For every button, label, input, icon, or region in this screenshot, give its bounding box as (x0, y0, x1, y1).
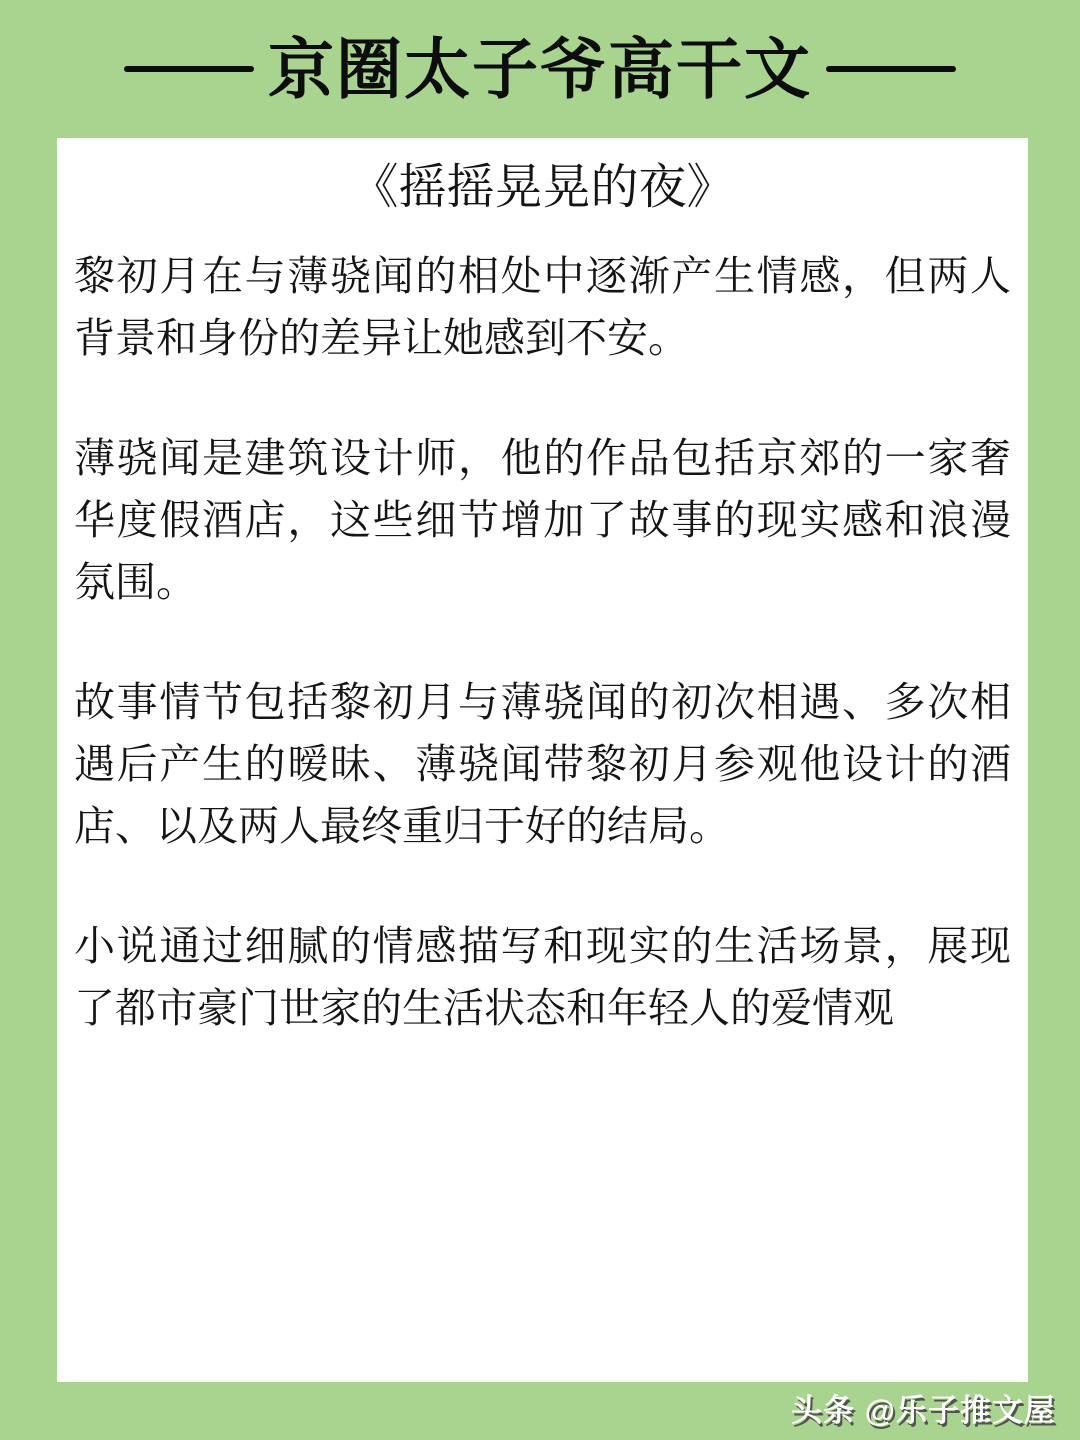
top-banner: 京圈太子爷高干文 (0, 0, 1080, 138)
watermark: 头条 @乐子推文屋 (791, 1385, 1056, 1430)
card-inner: 《摇摇晃晃的夜》 黎初月在与薄骁闻的相处中逐渐产生情感，但两人背景和身份的差异让… (57, 138, 1028, 1039)
synopsis-paragraph-3: 故事情节包括黎初月与薄骁闻的初次相遇、多次相遇后产生的暧昧、薄骁闻带黎初月参观他… (74, 671, 1011, 857)
page-background: { "page": { "background_color": "#a8d48f… (0, 0, 1080, 1440)
synopsis: 黎初月在与薄骁闻的相处中逐渐产生情感，但两人背景和身份的差异让她感到不安。 薄骁… (74, 245, 1011, 1039)
banner-dash-left (124, 66, 254, 72)
banner-title: 京圈太子爷高干文 (268, 36, 812, 102)
synopsis-paragraph-2: 薄骁闻是建筑设计师，他的作品包括京郊的一家奢华度假酒店，这些细节增加了故事的现实… (74, 427, 1011, 613)
banner-inner: 京圈太子爷高干文 (124, 36, 956, 102)
synopsis-paragraph-4: 小说通过细腻的情感描写和现实的生活场景，展现了都市豪门世家的生活状态和年轻人的爱… (74, 915, 1011, 1039)
banner-dash-right (826, 66, 956, 72)
book-title: 《摇摇晃晃的夜》 (74, 160, 1011, 215)
synopsis-paragraph-1: 黎初月在与薄骁闻的相处中逐渐产生情感，但两人背景和身份的差异让她感到不安。 (74, 245, 1011, 369)
content-card: 《摇摇晃晃的夜》 黎初月在与薄骁闻的相处中逐渐产生情感，但两人背景和身份的差异让… (57, 138, 1028, 1382)
